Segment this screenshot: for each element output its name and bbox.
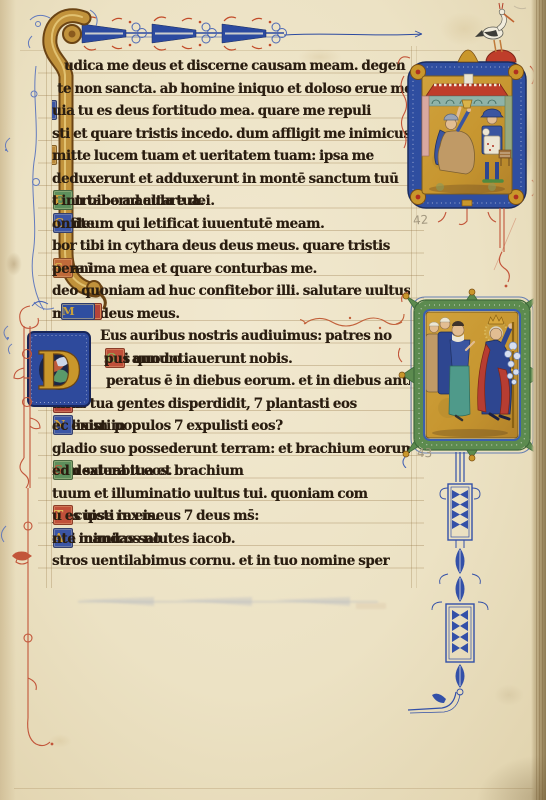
miniature-43	[398, 288, 544, 468]
manuscript-page: udica me deus et discerne causam meam. d…	[0, 0, 546, 800]
text-line: ad deum qui letificat iuuentutē meam. Co…	[52, 213, 410, 236]
marginal-bar-ornament	[402, 452, 490, 718]
text-line: peratus ē in diebus eorum. et in diebus …	[52, 370, 410, 393]
line-text: gladio suo possederunt terram: et brachi…	[52, 438, 410, 461]
line-text: sti et quare tristis incedo. dum affligi…	[52, 123, 410, 146]
inter-miniature-penwork	[490, 208, 520, 300]
miniature-scene-temple	[422, 74, 512, 194]
text-line: tuum et illuminatio uultus tui. quoniam …	[52, 483, 410, 506]
text-line: gladio suo possederunt terram: et brachi…	[52, 438, 410, 461]
pencil-number-42: 42	[412, 212, 428, 227]
line-text: onfite	[52, 213, 94, 236]
text-line: placuisti in eis. Tu es ipse rex meus 7 …	[52, 505, 410, 528]
text-line: bor tibi in cythara deus deus meus. quar…	[52, 235, 410, 258]
text-line: non saluabit eos. Sed dextera tua et bra…	[52, 460, 410, 483]
line-text: u es ipse rex meus 7 deus ms̄:	[52, 505, 259, 528]
text-line: es anima mea et quare conturbas me. Sper…	[52, 258, 410, 281]
text-line: et in tabernacula tua. Et introibo ad al…	[52, 190, 410, 213]
parchment-stain	[494, 684, 524, 706]
line-text: pus quod o	[104, 348, 181, 371]
line-text: peratus ē in diebus eorum. et in diebus …	[106, 370, 410, 393]
line-text: tuum et illuminatio uultus tui. quoniam …	[52, 483, 368, 506]
text-line: stri annuntiauerunt nobis. Opus quod o	[52, 348, 410, 371]
miniature-42	[396, 0, 546, 232]
text-line: qui mandas salutes iacob. Ante inimicos …	[52, 528, 410, 551]
line-text: pera ī	[52, 258, 92, 281]
pencil-squiggle	[514, 6, 526, 9]
line-text: bor tibi in cythara deus deus meus. quar…	[52, 235, 390, 258]
ruled-bottom-line	[14, 788, 534, 789]
line-text: ed dextera tua et brachium	[52, 460, 243, 483]
line-text: deo quoniam ad huc confitebor illi. salu…	[52, 280, 410, 303]
line-text: te non sancta. ab homine iniquo et dolos…	[57, 78, 410, 101]
text-line: quis. Manus tua gentes disperdidit, 7 pl…	[52, 393, 410, 416]
text-line: sti et quare tristis incedo. dum affligi…	[52, 123, 410, 146]
show-through	[66, 588, 402, 620]
text-line: deduxerunt et adduxerunt in montē sanctu…	[52, 168, 410, 191]
line-text: stros uentilabimus cornu. et in tuo nomi…	[52, 550, 389, 573]
text-line: afflixisti populos 7 expulisti eos? Nec …	[52, 415, 410, 438]
page-edge-stack-lines	[536, 0, 545, 800]
text-line: deo quoniam ad huc confitebor illi. salu…	[52, 280, 410, 303]
line-text: nte inimicos no	[52, 528, 161, 551]
text-line: udica me deus et discerne causam meam. d…	[52, 55, 410, 78]
line-text: udica me deus et discerne causam meam. d…	[64, 55, 405, 78]
top-border-ornament	[78, 12, 426, 54]
line-text: deduxerunt et adduxerunt in montē sanctu…	[52, 168, 398, 191]
miniature-scene-king	[426, 312, 521, 438]
line-text: t introibo ad altare dei.	[52, 190, 215, 213]
text-line: stros uentilabimus cornu. et in tuo nomi…	[52, 550, 410, 573]
line-text: anus tua gentes disperdidit, 7 plantasti…	[52, 393, 357, 416]
edge-penwork-curls	[0, 130, 24, 570]
text-line: te non sancta. ab homine iniquo et dolos…	[52, 78, 410, 101]
line-text: mitte lucem tuam et ueritatem tuam: ipsa…	[52, 145, 374, 168]
corner-shadow	[476, 754, 546, 800]
line-filler-flourish	[300, 312, 408, 334]
text-line: Quia tu es deus fortitudo mea. quare me …	[52, 100, 410, 123]
red-dome	[486, 50, 516, 62]
line-text: uia tu es deus fortitudo mea. quare me r…	[52, 100, 371, 123]
stork-icon	[475, 3, 514, 52]
line-filler-panel: M	[61, 303, 95, 320]
text-line: Emitte lucem tuam et ueritatem tuam: ips…	[52, 145, 410, 168]
